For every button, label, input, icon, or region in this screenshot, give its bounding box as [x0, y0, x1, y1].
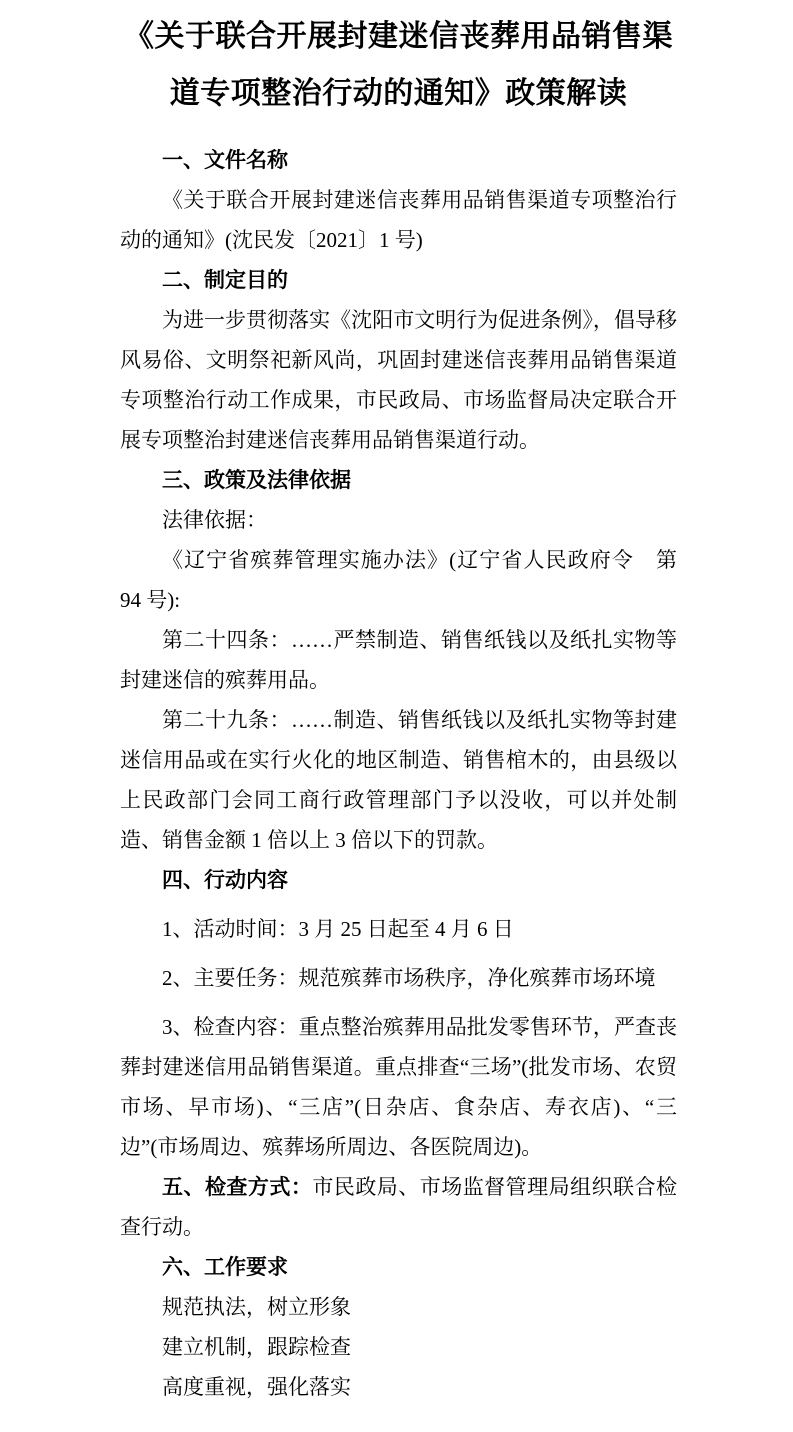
section-6-heading: 六、工作要求: [120, 1247, 677, 1287]
legal-basis-regulation: 《辽宁省殡葬管理实施办法》(辽宁省人民政府令 第 94 号):: [120, 540, 677, 620]
document-title: 《关于联合开展封建迷信丧葬用品销售渠道专项整治行动的通知》政策解读: [120, 8, 677, 122]
section-3-heading: 三、政策及法律依据: [120, 460, 677, 500]
section-1-heading: 一、文件名称: [120, 140, 677, 180]
section-purpose: 二、制定目的 为进一步贯彻落实《沈阳市文明行为促进条例》，倡导移风易俗、文明祭祀…: [120, 260, 677, 460]
action-item-time: 1、活动时间：3 月 25 日起至 4 月 6 日: [120, 909, 677, 949]
section-2-heading: 二、制定目的: [120, 260, 677, 300]
section-4-heading: 四、行动内容: [120, 860, 677, 900]
document-page: 《关于联合开展封建迷信丧葬用品销售渠道专项整治行动的通知》政策解读 一、文件名称…: [0, 0, 793, 1432]
legal-basis-article-24: 第二十四条：……严禁制造、销售纸钱以及纸扎实物等封建迷信的殡葬用品。: [120, 620, 677, 700]
work-requirement-line: 高度重视，强化落实: [120, 1367, 677, 1407]
section-file-name: 一、文件名称 《关于联合开展封建迷信丧葬用品销售渠道专项整治行动的通知》(沈民发…: [120, 140, 677, 260]
section-action-content: 四、行动内容 1、活动时间：3 月 25 日起至 4 月 6 日 2、主要任务：…: [120, 860, 677, 1167]
legal-basis-article-29: 第二十九条：……制造、销售纸钱以及纸扎实物等封建迷信用品或在实行火化的地区制造、…: [120, 700, 677, 860]
section-5-paragraph: 五、检查方式：市民政局、市场监督管理局组织联合检查行动。: [120, 1167, 677, 1247]
action-item-task: 2、主要任务：规范殡葬市场秩序，净化殡葬市场环境: [120, 958, 677, 998]
action-item-inspection: 3、检查内容：重点整治殡葬用品批发零售环节，严查丧葬封建迷信用品销售渠道。重点排…: [120, 1007, 677, 1167]
section-legal-basis: 三、政策及法律依据 法律依据： 《辽宁省殡葬管理实施办法》(辽宁省人民政府令 第…: [120, 460, 677, 860]
work-requirement-line: 建立机制，跟踪检查: [120, 1327, 677, 1367]
section-inspection-method: 五、检查方式：市民政局、市场监督管理局组织联合检查行动。: [120, 1167, 677, 1247]
section-1-paragraph: 《关于联合开展封建迷信丧葬用品销售渠道专项整治行动的通知》(沈民发〔2021〕1…: [120, 180, 677, 260]
section-2-paragraph: 为进一步贯彻落实《沈阳市文明行为促进条例》，倡导移风易俗、文明祭祀新风尚，巩固封…: [120, 300, 677, 460]
legal-basis-label: 法律依据：: [120, 500, 677, 540]
section-5-heading-inline: 五、检查方式：: [162, 1175, 312, 1199]
section-work-requirements: 六、工作要求 规范执法，树立形象 建立机制，跟踪检查 高度重视，强化落实: [120, 1247, 677, 1407]
work-requirement-line: 规范执法，树立形象: [120, 1287, 677, 1327]
